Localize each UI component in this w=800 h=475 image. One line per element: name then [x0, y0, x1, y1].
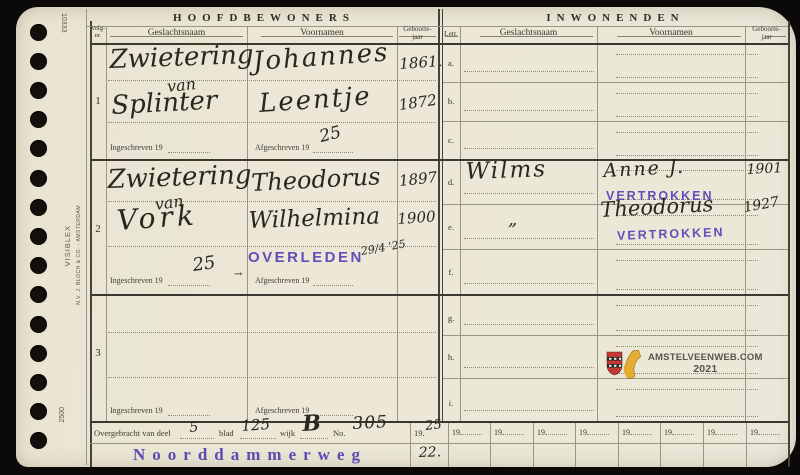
group-line: [90, 294, 788, 296]
label-leader: [168, 415, 210, 416]
hw-ditto-mark: „: [508, 211, 517, 229]
year-cell: 19: [750, 427, 790, 437]
punch-hole: [30, 374, 47, 391]
writing-line: [616, 54, 758, 55]
year-cell: 19: [452, 427, 492, 437]
year-grid-line: [410, 421, 411, 467]
punch-hole: [30, 24, 47, 41]
lett-column-line: [460, 26, 461, 421]
population-register-card: 10333 VISIBLEX N.V. J. BLOCH & CO. - AMS…: [16, 7, 796, 467]
punch-hole: [30, 228, 47, 245]
volgnr-3: 3: [90, 347, 106, 359]
writing-line: [616, 416, 758, 417]
year-grid-line: [448, 421, 449, 467]
hw-year-1872: 1872: [398, 93, 438, 113]
hw-surname-splinter: Splinter: [111, 87, 218, 119]
margin-brand-visiblex: VISIBLEX: [63, 225, 72, 266]
watermark-text: AMSTELVEENWEB.COM 2021: [648, 352, 763, 377]
writing-line: [616, 116, 758, 117]
year-cell: 19: [537, 427, 577, 437]
punch-hole: [30, 82, 47, 99]
lett-e: e.: [442, 222, 460, 232]
leader-dots: [460, 427, 482, 435]
writing-line: [108, 122, 436, 123]
wijk-label: wijk: [280, 428, 295, 438]
margin-divider-line: [86, 9, 87, 465]
hw-firstname-theodorus-right: Theodorus: [600, 194, 714, 221]
hw-surname-zwietering-2: Zwietering: [107, 162, 252, 193]
label-leader: [313, 285, 353, 286]
hw-no-305: 305: [352, 414, 388, 433]
row-line: [443, 82, 788, 83]
hw-firstname-anne-j: Anne J.: [603, 158, 686, 181]
row-line: [443, 335, 788, 336]
hw-afgeschreven-25-row1: 25: [318, 124, 343, 146]
leader-dots: [502, 427, 524, 435]
afgeschreven-label-row1: Afgeschreven 19: [255, 143, 309, 152]
writing-line: [108, 377, 436, 378]
col-header-voornamen-left: Voornamen: [247, 28, 397, 38]
transfer-label: Overgebracht van deel: [94, 428, 171, 438]
center-divider-line-1: [438, 9, 440, 421]
hw-firstname-theodorus-left: Theodorus: [251, 164, 381, 195]
volgnr-1: 1: [90, 95, 106, 107]
col-header-geslachtsnaam-left: Geslachtsnaam: [106, 28, 247, 38]
hw-year-1901: 1901: [746, 161, 782, 177]
writing-line: [616, 389, 758, 390]
lett-a: a.: [442, 58, 460, 68]
margin-form-number: 10333: [60, 13, 67, 32]
col-header-voornamen-right: Voornamen: [597, 28, 745, 38]
leader-dots: [672, 427, 694, 435]
leader-dots: [587, 427, 609, 435]
volgnr-column-line: [106, 26, 107, 421]
writing-line: [464, 110, 594, 111]
amstelveen-crest-icon: [604, 347, 644, 381]
margin-print-run-number: 2500: [59, 407, 66, 423]
punch-hole: [30, 286, 47, 303]
writing-line: [464, 410, 594, 411]
writing-line: [108, 332, 436, 333]
punch-hole: [30, 403, 47, 420]
year-cell: 19: [707, 427, 747, 437]
hw-surname-zwietering-1: Zwietering: [109, 42, 254, 73]
label-leader: [313, 152, 353, 153]
volgnr-2: 2: [90, 223, 106, 235]
hw-wijk-b: B: [302, 412, 322, 435]
col-header-lett: Lett.: [442, 29, 460, 38]
writing-line: [464, 324, 594, 325]
hw-year-1861: 1861.: [399, 54, 443, 72]
hw-deel-5: 5: [189, 420, 199, 435]
blad-label: blad: [219, 428, 234, 438]
punch-hole: [30, 199, 47, 216]
afgeschreven-label-row2: Afgeschreven 19: [255, 276, 309, 285]
street-stamp-noorddammerweg: Noorddammerweg: [90, 445, 410, 465]
writing-line: [464, 283, 594, 284]
vertrokken-stamp-e: VERTROKKEN: [617, 226, 725, 242]
year-printed-1925: 19.: [414, 428, 425, 438]
hw-count-22: 22.: [419, 445, 442, 460]
punch-hole: [30, 316, 47, 333]
year-cell: 19: [664, 427, 704, 437]
writing-line: [464, 148, 594, 149]
writing-line: [616, 244, 758, 245]
ingeschreven-label-row2: Ingeschreven 19: [110, 276, 163, 285]
writing-line: [464, 71, 594, 72]
margin-brand-printer: N.V. J. BLOCH & CO. - AMSTERDAM: [76, 205, 82, 305]
lett-g: g.: [442, 313, 460, 323]
year-cell: 19: [579, 427, 619, 437]
watermark: AMSTELVEENWEB.COM 2021: [604, 345, 766, 383]
hw-check-mark: →: [234, 270, 242, 280]
wijk-leader: [300, 438, 328, 439]
writing-line: [616, 93, 758, 94]
blad-leader: [240, 438, 276, 439]
row-line: [443, 249, 788, 250]
year-cell: 19: [622, 427, 662, 437]
hw-blad-125: 125: [241, 417, 271, 434]
lett-b: b.: [442, 96, 460, 106]
writing-line: [616, 155, 758, 156]
overleden-stamp: OVERLEDEN: [248, 250, 364, 265]
leader-dots: [545, 427, 567, 435]
lett-f: f.: [442, 267, 460, 277]
section-title-hoofdbewoners: HOOFDBEWONERS: [90, 12, 438, 24]
leader-dots: [758, 427, 780, 435]
hw-year-1900: 1900: [397, 209, 436, 227]
table-right-border: [788, 21, 790, 467]
section-title-inwonenden: INWONENDEN: [443, 12, 788, 24]
col-header-geboortejaar-left: Geboorte- jaar: [397, 25, 438, 41]
col-header-volgnr: Volg- nr.: [90, 25, 106, 40]
hw-overleden-date: 29/4 '25: [360, 238, 406, 257]
lett-i: i.: [442, 398, 460, 408]
transfer-leader: [180, 438, 214, 439]
hw-ingeschreven-25-row2: 25: [191, 254, 216, 275]
punch-hole: [30, 345, 47, 362]
row-line: [443, 121, 788, 122]
writing-line: [616, 77, 758, 78]
leader-dots: [715, 427, 737, 435]
hw-firstname-leentje: Leentje: [258, 83, 372, 117]
label-leader: [168, 152, 210, 153]
table-left-border: [90, 21, 92, 467]
hw-firstname-johannes: Johannes: [252, 40, 390, 75]
lett-c: c.: [442, 135, 460, 145]
col-header-geslachtsnaam-right: Geslachtsnaam: [460, 28, 597, 38]
writing-line: [616, 305, 758, 306]
writing-line: [464, 367, 594, 368]
label-leader: [168, 285, 210, 286]
writing-line: [616, 330, 758, 331]
punch-hole: [30, 257, 47, 274]
punch-hole: [30, 111, 47, 128]
writing-line: [464, 193, 594, 194]
no-label: No.: [333, 428, 346, 438]
lett-h: h.: [442, 352, 460, 362]
hw-year-1897: 1897: [398, 170, 438, 189]
writing-line: [616, 289, 758, 290]
writing-line: [464, 238, 594, 239]
writing-line: [616, 132, 758, 133]
writing-line: [108, 80, 436, 81]
hw-year-25: 25: [425, 418, 443, 433]
scan-background: 10333 VISIBLEX N.V. J. BLOCH & CO. - AMS…: [0, 0, 800, 475]
punch-hole: [30, 432, 47, 449]
writing-line: [616, 260, 758, 261]
punch-hole: [30, 53, 47, 70]
lett-d: d.: [442, 177, 460, 187]
ingeschreven-label-row3: Ingeschreven 19: [110, 406, 163, 415]
punch-hole: [30, 170, 47, 187]
leader-dots: [630, 427, 652, 435]
year-cell: 19: [494, 427, 534, 437]
col-header-geboortejaar-right: Geboorte- jaar: [745, 25, 788, 41]
hw-surname-wilms: Wilms: [465, 158, 547, 184]
punch-hole: [30, 140, 47, 157]
right-name-column-line: [597, 26, 598, 421]
hw-firstname-wilhelmina: Wilhelmina: [248, 205, 380, 233]
ingeschreven-label-row1: Ingeschreven 19: [110, 143, 163, 152]
hw-surname-vork: Vork: [116, 201, 199, 235]
